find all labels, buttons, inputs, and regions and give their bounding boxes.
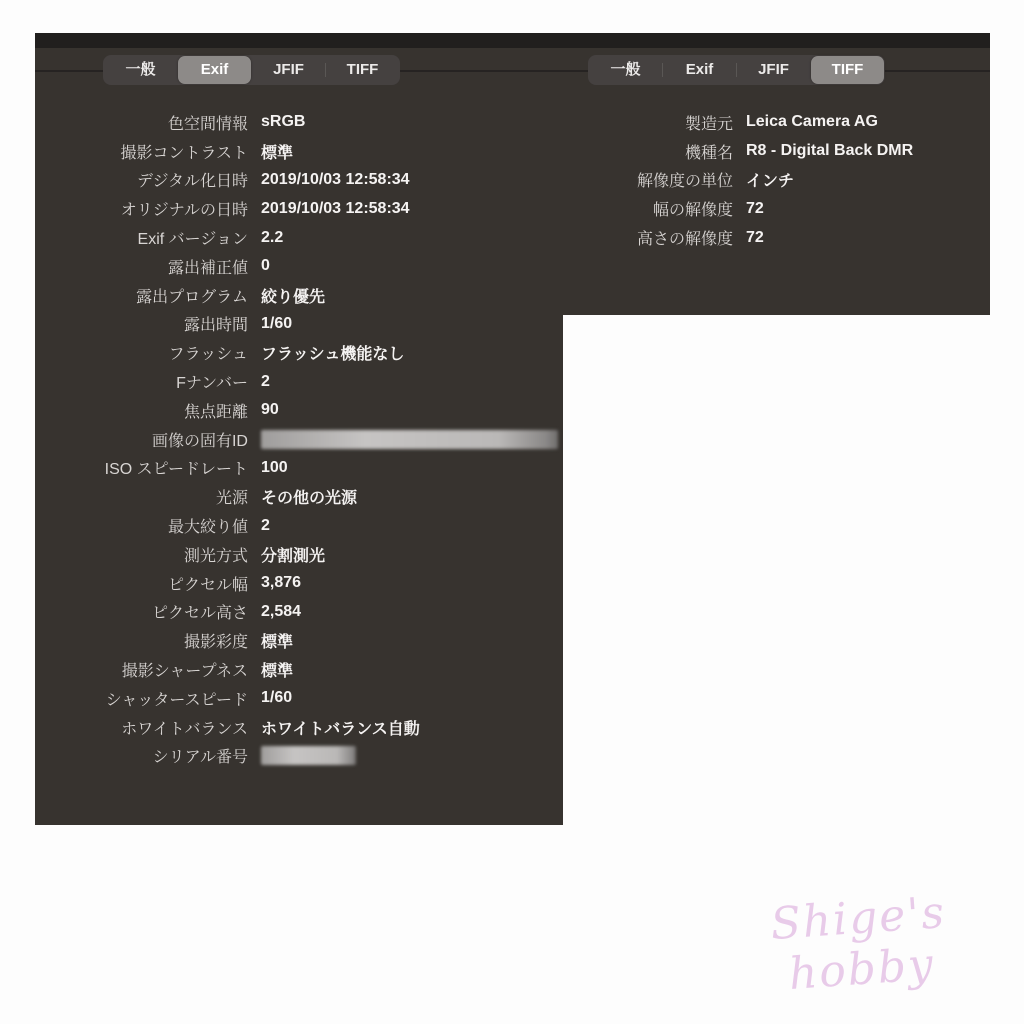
metadata-row: 撮影コントラスト標準 (35, 137, 563, 166)
metadata-row: フラッシュフラッシュ機能なし (35, 338, 563, 367)
panel-titlebar (563, 33, 990, 48)
field-value: 72 (746, 200, 764, 218)
field-label: 製造元 (563, 111, 733, 134)
field-label: 光源 (35, 485, 248, 508)
field-label: ホワイトバランス (35, 716, 248, 739)
field-label: 撮影コントラスト (35, 140, 248, 163)
field-label: 色空間情報 (35, 111, 248, 134)
watermark-text: Shige's hobby (692, 882, 1024, 1007)
field-value: sRGB (261, 113, 305, 131)
field-value: 1/60 (261, 689, 292, 707)
metadata-row: 高さの解像度72 (563, 223, 990, 252)
panel-titlebar (35, 33, 563, 48)
tab-tiff[interactable]: TIFF (811, 56, 884, 84)
tiff-inspector-panel: 一般ExifJFIFTIFF 製造元Leica Camera AG機種名R8 -… (563, 33, 990, 315)
metadata-row: 露出時間1/60 (35, 310, 563, 339)
exif-inspector-panel: 一般ExifJFIFTIFF 色空間情報sRGB撮影コントラスト標準デジタル化日… (35, 33, 563, 825)
metadata-row: 測光方式分割測光 (35, 540, 563, 569)
tab-jfif[interactable]: JFIF (252, 56, 325, 84)
tiff-panel-tab-bar: 一般ExifJFIFTIFF (588, 55, 885, 85)
field-value: 2.2 (261, 229, 283, 247)
field-value: フラッシュ機能なし (261, 341, 404, 364)
metadata-row: 画像の固有ID (35, 425, 563, 454)
tiff-metadata-table: 製造元Leica Camera AG機種名R8 - Digital Back D… (563, 108, 990, 252)
field-value: 標準 (261, 658, 293, 681)
field-label: オリジナルの日時 (35, 197, 248, 220)
field-value: その他の光源 (261, 485, 357, 508)
field-value: 分割測光 (261, 543, 325, 566)
field-value: Leica Camera AG (746, 113, 878, 131)
field-value: 2 (261, 517, 270, 535)
field-value: 2019/10/03 12:58:34 (261, 200, 410, 218)
field-label: ピクセル高さ (35, 600, 248, 623)
field-value: 2019/10/03 12:58:34 (261, 171, 410, 189)
metadata-row: 幅の解像度72 (563, 194, 990, 223)
metadata-row: 焦点距離90 (35, 396, 563, 425)
tab-general[interactable]: 一般 (589, 56, 662, 84)
field-value: 2 (261, 373, 270, 391)
field-value: 90 (261, 401, 279, 419)
field-value: 1/60 (261, 315, 292, 333)
metadata-row: オリジナルの日時2019/10/03 12:58:34 (35, 194, 563, 223)
field-label: 焦点距離 (35, 399, 248, 422)
metadata-row: ピクセル幅3,876 (35, 569, 563, 598)
field-label: ピクセル幅 (35, 572, 248, 595)
field-value: 絞り優先 (261, 284, 325, 307)
field-label: ISO スピードレート (35, 456, 248, 479)
field-label: 幅の解像度 (563, 197, 733, 220)
field-label: 機種名 (563, 140, 733, 163)
metadata-row: 最大絞り値2 (35, 511, 563, 540)
metadata-row: ホワイトバランスホワイトバランス自動 (35, 713, 563, 742)
field-value: 標準 (261, 140, 293, 163)
field-label: 露出時間 (35, 312, 248, 335)
field-label: 撮影シャープネス (35, 658, 248, 681)
metadata-row: シャッタースピード1/60 (35, 684, 563, 713)
field-label: 撮影彩度 (35, 629, 248, 652)
metadata-row: Fナンバー2 (35, 367, 563, 396)
field-label: 測光方式 (35, 543, 248, 566)
metadata-row: Exif バージョン2.2 (35, 223, 563, 252)
field-value: 0 (261, 257, 270, 275)
metadata-row: シリアル番号 (35, 742, 563, 771)
field-label: デジタル化日時 (35, 168, 248, 191)
metadata-row: 製造元Leica Camera AG (563, 108, 990, 137)
field-label: 画像の固有ID (35, 428, 248, 451)
field-label: シャッタースピード (35, 687, 248, 710)
field-label: 高さの解像度 (563, 226, 733, 249)
field-label: 最大絞り値 (35, 514, 248, 537)
field-value: 100 (261, 459, 288, 477)
redacted-value-bar (261, 746, 356, 765)
exif-metadata-table: 色空間情報sRGB撮影コントラスト標準デジタル化日時2019/10/03 12:… (35, 108, 563, 770)
redacted-value-bar (261, 430, 558, 449)
metadata-row: 光源その他の光源 (35, 482, 563, 511)
field-label: Fナンバー (35, 370, 248, 393)
tab-jfif[interactable]: JFIF (737, 56, 810, 84)
field-value: ホワイトバランス自動 (261, 716, 420, 739)
field-value: 標準 (261, 629, 293, 652)
field-label: シリアル番号 (35, 744, 248, 767)
field-label: 解像度の単位 (563, 168, 733, 191)
field-value: R8 - Digital Back DMR (746, 142, 913, 160)
field-label: 露出補正値 (35, 255, 248, 278)
metadata-row: 露出補正値0 (35, 252, 563, 281)
metadata-row: 撮影彩度標準 (35, 626, 563, 655)
metadata-row: 撮影シャープネス標準 (35, 655, 563, 684)
field-value: インチ (746, 168, 794, 191)
field-label: Exif バージョン (35, 226, 248, 249)
field-label: 露出プログラム (35, 284, 248, 307)
metadata-row: ピクセル高さ2,584 (35, 598, 563, 627)
exif-panel-tab-bar: 一般ExifJFIFTIFF (103, 55, 400, 85)
field-value: 3,876 (261, 574, 301, 592)
metadata-row: 露出プログラム絞り優先 (35, 281, 563, 310)
metadata-row: 機種名R8 - Digital Back DMR (563, 137, 990, 166)
metadata-row: 解像度の単位インチ (563, 166, 990, 195)
tab-exif[interactable]: Exif (178, 56, 251, 84)
tab-exif[interactable]: Exif (663, 56, 736, 84)
metadata-row: デジタル化日時2019/10/03 12:58:34 (35, 166, 563, 195)
metadata-row: 色空間情報sRGB (35, 108, 563, 137)
tab-general[interactable]: 一般 (104, 56, 177, 84)
field-label: フラッシュ (35, 341, 248, 364)
field-value: 2,584 (261, 603, 301, 621)
tab-tiff[interactable]: TIFF (326, 56, 399, 84)
metadata-row: ISO スピードレート100 (35, 454, 563, 483)
field-value: 72 (746, 229, 764, 247)
